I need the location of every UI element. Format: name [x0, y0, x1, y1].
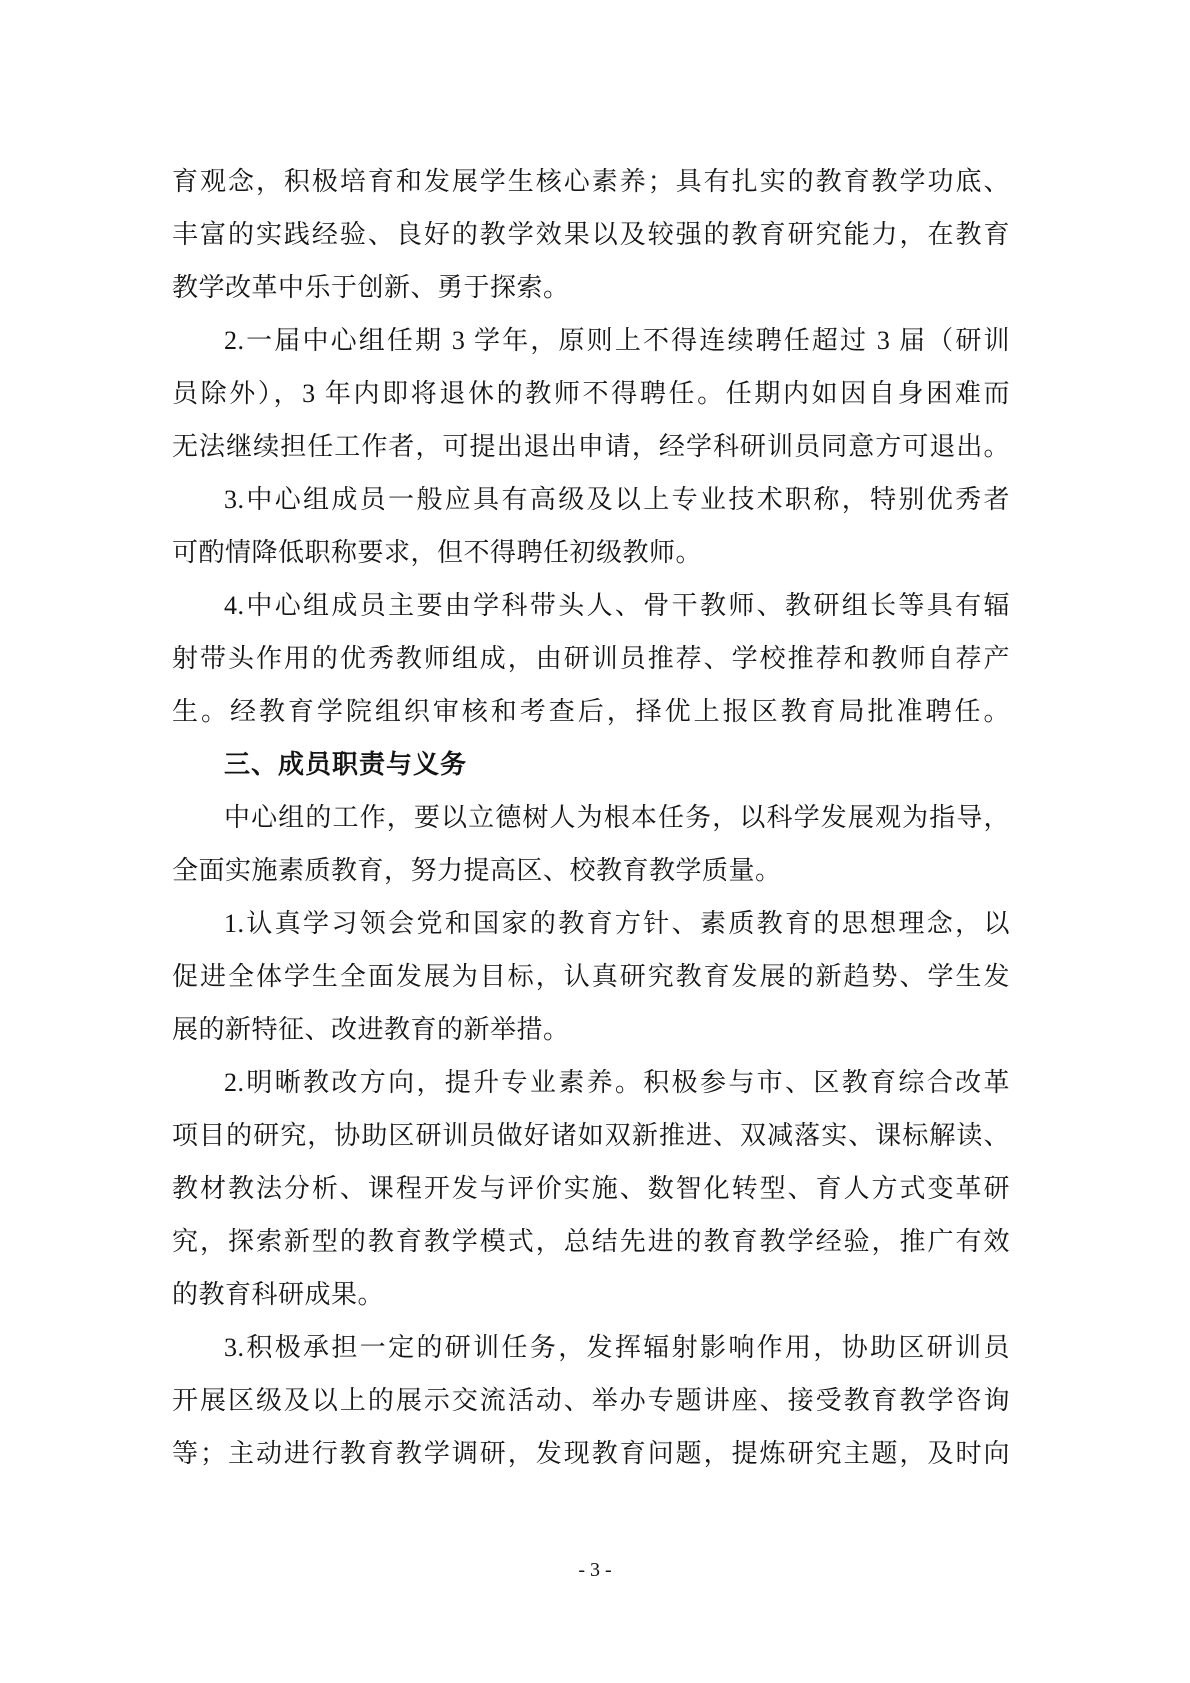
text-line: 丰富的实践经验、良好的教学效果以及较强的教育研究能力，在教育 [172, 208, 1010, 261]
text-line: 教材教法分析、课程开发与评价实施、数智化转型、育人方式变革研 [172, 1162, 1010, 1215]
text-line: 可酌情降低职称要求，但不得聘任初级教师。 [172, 526, 1010, 579]
text-line: 2.一届中心组任期 3 学年，原则上不得连续聘任超过 3 届（研训 [172, 314, 1010, 367]
document-page: 育观念，积极培育和发展学生核心素养；具有扎实的教育教学功底、 丰富的实践经验、良… [0, 0, 1190, 1683]
section-heading: 三、成员职责与义务 [172, 738, 1010, 791]
text-line: 无法继续担任工作者，可提出退出申请，经学科研训员同意方可退出。 [172, 420, 1010, 473]
page-number: - 3 - [0, 1557, 1190, 1583]
text-line: 育观念，积极培育和发展学生核心素养；具有扎实的教育教学功底、 [172, 155, 1010, 208]
text-line: 展的新特征、改进教育的新举措。 [172, 1003, 1010, 1056]
text-line: 3.中心组成员一般应具有高级及以上专业技术职称，特别优秀者 [172, 473, 1010, 526]
document-body: 育观念，积极培育和发展学生核心素养；具有扎实的教育教学功底、 丰富的实践经验、良… [172, 155, 1010, 1480]
text-line: 促进全体学生全面发展为目标，认真研究教育发展的新趋势、学生发 [172, 950, 1010, 1003]
text-line: 开展区级及以上的展示交流活动、举办专题讲座、接受教育教学咨询 [172, 1374, 1010, 1427]
text-line: 员除外），3 年内即将退休的教师不得聘任。任期内如因自身困难而 [172, 367, 1010, 420]
text-line: 项目的研究，协助区研训员做好诸如双新推进、双减落实、课标解读、 [172, 1109, 1010, 1162]
text-line: 等；主动进行教育教学调研，发现教育问题，提炼研究主题，及时向 [172, 1427, 1010, 1480]
text-line: 4.中心组成员主要由学科带头人、骨干教师、教研组长等具有辐 [172, 579, 1010, 632]
text-line: 3.积极承担一定的研训任务，发挥辐射影响作用，协助区研训员 [172, 1321, 1010, 1374]
text-line: 1.认真学习领会党和国家的教育方针、素质教育的思想理念，以 [172, 897, 1010, 950]
text-line: 生。经教育学院组织审核和考查后，择优上报区教育局批准聘任。 [172, 685, 1010, 738]
text-line: 2.明晰教改方向，提升专业素养。积极参与市、区教育综合改革 [172, 1056, 1010, 1109]
text-line: 教学改革中乐于创新、勇于探索。 [172, 261, 1010, 314]
text-line: 的教育科研成果。 [172, 1268, 1010, 1321]
text-line: 全面实施素质教育，努力提高区、校教育教学质量。 [172, 844, 1010, 897]
text-line: 中心组的工作，要以立德树人为根本任务，以科学发展观为指导， [172, 791, 1010, 844]
text-line: 射带头作用的优秀教师组成，由研训员推荐、学校推荐和教师自荐产 [172, 632, 1010, 685]
text-line: 究，探索新型的教育教学模式，总结先进的教育教学经验，推广有效 [172, 1215, 1010, 1268]
